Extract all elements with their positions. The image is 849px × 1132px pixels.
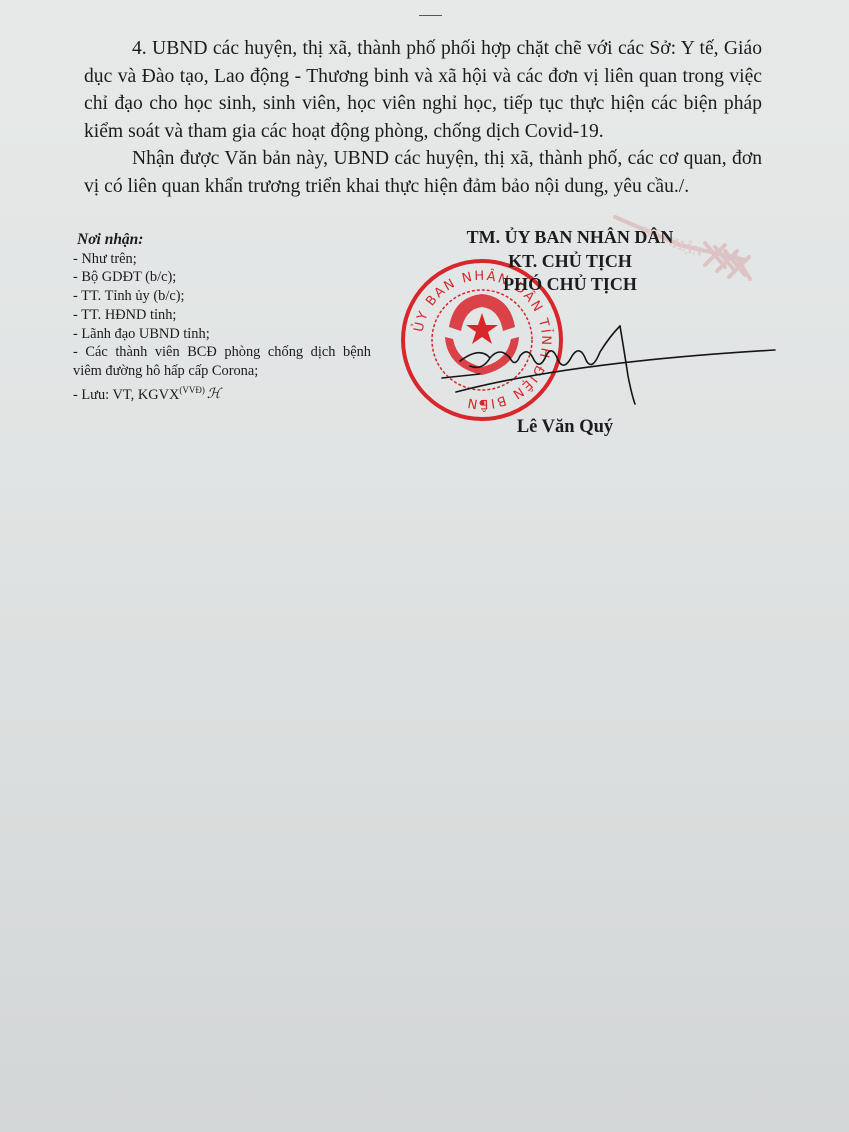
recipient-item: - Bộ GDĐT (b/c);: [73, 268, 371, 287]
archive-text: - Lưu: VT, KGVX: [73, 386, 179, 402]
recipient-item: - Lãnh đạo UBND tỉnh;: [73, 325, 371, 344]
closing-paragraph: Nhận được Văn bản này, UBND các huyện, t…: [84, 145, 762, 200]
paragraph-item-4: 4. UBND các huyện, thị xã, thành phố phố…: [84, 35, 762, 145]
signer-org: TM. ỦY BAN NHÂN DÂN: [432, 226, 708, 250]
page-top-divider: [419, 15, 442, 16]
signer-block: TM. ỦY BAN NHÂN DÂN KT. CHỦ TỊCH PHÓ CHỦ…: [432, 226, 708, 297]
recipients-block: Nơi nhận: - Như trên; - Bộ GDĐT (b/c); -…: [73, 231, 371, 404]
signer-name: Lê Văn Quý: [478, 417, 652, 438]
recipient-item: - TT. HĐND tỉnh;: [73, 306, 371, 325]
signer-authority: KT. CHỦ TỊCH: [432, 250, 708, 274]
signer-title: PHÓ CHỦ TỊCH: [432, 273, 708, 297]
recipients-title: Nơi nhận:: [77, 231, 371, 250]
archive-sup: (VVĐ): [179, 385, 205, 395]
document-page: 4. UBND các huyện, thị xã, thành phố phố…: [0, 0, 849, 1132]
recipient-item: - Như trên;: [73, 250, 371, 269]
recipient-item: - TT. Tỉnh ủy (b/c);: [73, 287, 371, 306]
handwritten-initial: ℋ: [207, 386, 221, 402]
handwritten-signature-icon: [420, 316, 790, 426]
recipient-item: - Các thành viên BCĐ phòng chống dịch bệ…: [73, 343, 371, 380]
archive-line: - Lưu: VT, KGVX(VVĐ)ℋ: [73, 381, 371, 405]
